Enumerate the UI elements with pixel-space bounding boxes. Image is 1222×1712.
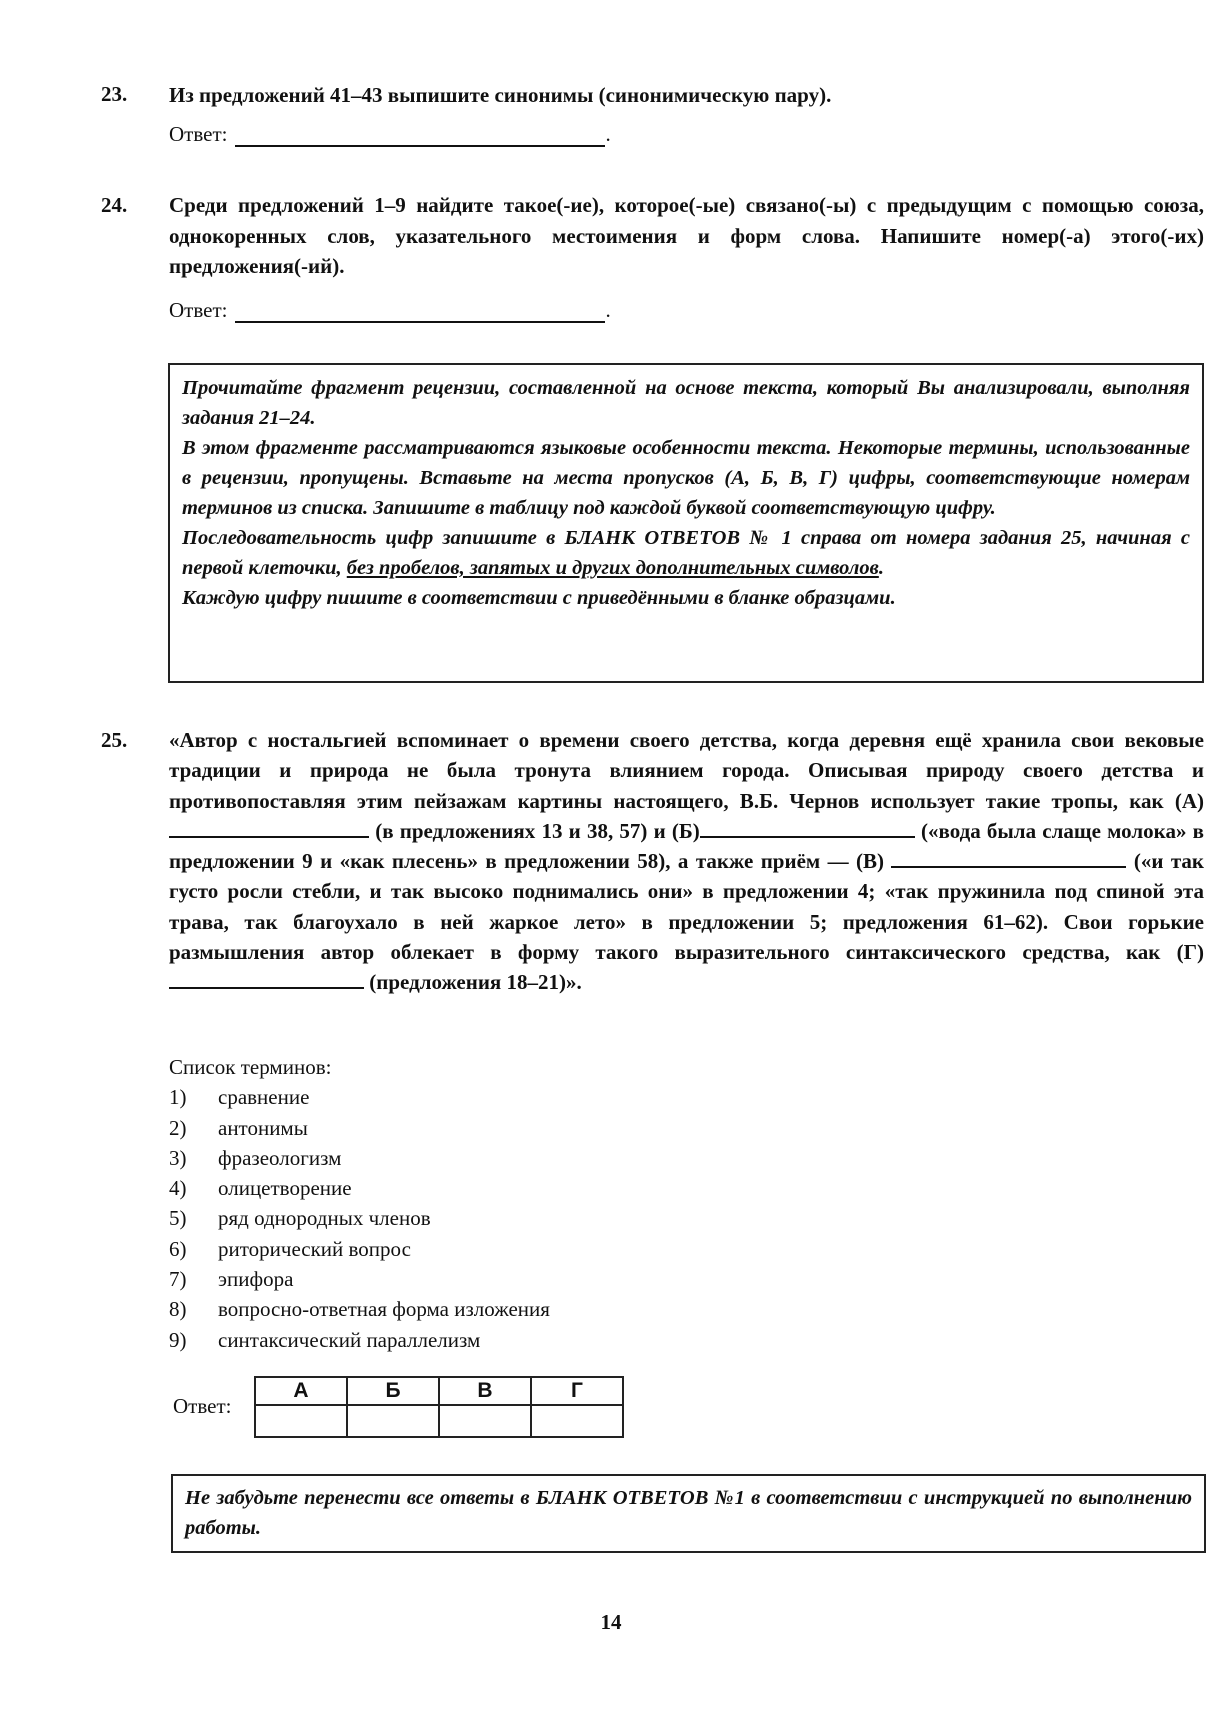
question-24-number: 24. [101,193,127,218]
answer-end: . [605,122,610,147]
term-item: 8)вопросно-ответная форма изложения [169,1294,550,1324]
term-label: ряд однородных членов [218,1203,431,1233]
answer-cell-b[interactable] [347,1405,439,1437]
answer-header-v: В [439,1377,531,1405]
term-item: 6)риторический вопрос [169,1234,550,1264]
question-23-answer: Ответ: . [169,122,611,147]
term-label: риторический вопрос [218,1234,411,1264]
term-item: 7)эпифора [169,1264,550,1294]
review-text-5: (предложения 18–21)». [364,970,582,994]
page-number: 14 [0,1610,1222,1635]
term-number: 1) [169,1082,218,1112]
term-label: эпифора [218,1264,293,1294]
term-label: вопросно-ответная форма изложения [218,1294,550,1324]
answer-label: Ответ: [169,122,227,147]
answer-cell-v[interactable] [439,1405,531,1437]
answer-field-23[interactable] [235,127,605,147]
term-number: 5) [169,1203,218,1233]
term-item: 1)сравнение [169,1082,550,1112]
term-item: 9)синтаксический параллелизм [169,1325,550,1355]
question-23-text: Из предложений 41–43 выпишите синонимы (… [169,80,1204,111]
answer-table-label: Ответ: [173,1394,231,1419]
answer-end: . [605,298,610,323]
instruction-p1: Прочитайте фрагмент рецензии, составленн… [182,373,1190,433]
term-number: 9) [169,1325,218,1355]
term-item: 2)антонимы [169,1113,550,1143]
term-item: 3)фразеологизм [169,1143,550,1173]
instruction-p3: Последовательность цифр запишите в БЛАНК… [182,523,1190,583]
answer-header-g: Г [531,1377,623,1405]
reminder-text: Не забудьте перенести все ответы в БЛАНК… [185,1483,1192,1543]
question-23-number: 23. [101,82,127,107]
answer-label: Ответ: [169,298,227,323]
blank-g[interactable] [169,969,364,989]
review-text-1: «Автор с ностальгией вспоминает о времен… [169,728,1204,813]
blank-b[interactable] [700,818,915,838]
question-25-number: 25. [101,728,127,753]
instruction-p3-end: . [879,557,884,579]
instruction-p3-underlined: без пробелов, запятых и других дополните… [347,557,879,579]
term-number: 7) [169,1264,218,1294]
answer-table: А Б В Г [254,1376,624,1438]
term-label: антонимы [218,1113,308,1143]
terms-list: Список терминов: 1)сравнение 2)антонимы … [169,1052,550,1355]
reminder-box: Не забудьте перенести все ответы в БЛАНК… [171,1474,1206,1553]
term-number: 3) [169,1143,218,1173]
answer-field-24[interactable] [235,303,605,323]
review-text-2: (в предложениях 13 и 38, 57) и (Б) [369,819,700,843]
term-number: 2) [169,1113,218,1143]
question-25-text: «Автор с ностальгией вспоминает о времен… [169,725,1204,998]
instruction-p4: Каждую цифру пишите в соответствии с при… [182,583,1190,613]
question-24-text: Среди предложений 1–9 найдите такое(-ие)… [169,190,1204,282]
term-item: 5)ряд однородных членов [169,1203,550,1233]
term-number: 6) [169,1234,218,1264]
answer-cell-a[interactable] [255,1405,347,1437]
instruction-p2: В этом фрагменте рассматриваются языковы… [182,433,1190,523]
answer-header-a: А [255,1377,347,1405]
term-label: олицетворение [218,1173,352,1203]
terms-title: Список терминов: [169,1052,550,1082]
term-number: 8) [169,1294,218,1324]
term-label: синтаксический параллелизм [218,1325,480,1355]
blank-a[interactable] [169,818,369,838]
blank-v[interactable] [891,848,1126,868]
question-24-answer: Ответ: . [169,298,611,323]
term-number: 4) [169,1173,218,1203]
answer-header-b: Б [347,1377,439,1405]
term-label: сравнение [218,1082,309,1112]
term-label: фразеологизм [218,1143,341,1173]
term-item: 4)олицетворение [169,1173,550,1203]
instruction-box: Прочитайте фрагмент рецензии, составленн… [168,363,1204,683]
answer-cell-g[interactable] [531,1405,623,1437]
